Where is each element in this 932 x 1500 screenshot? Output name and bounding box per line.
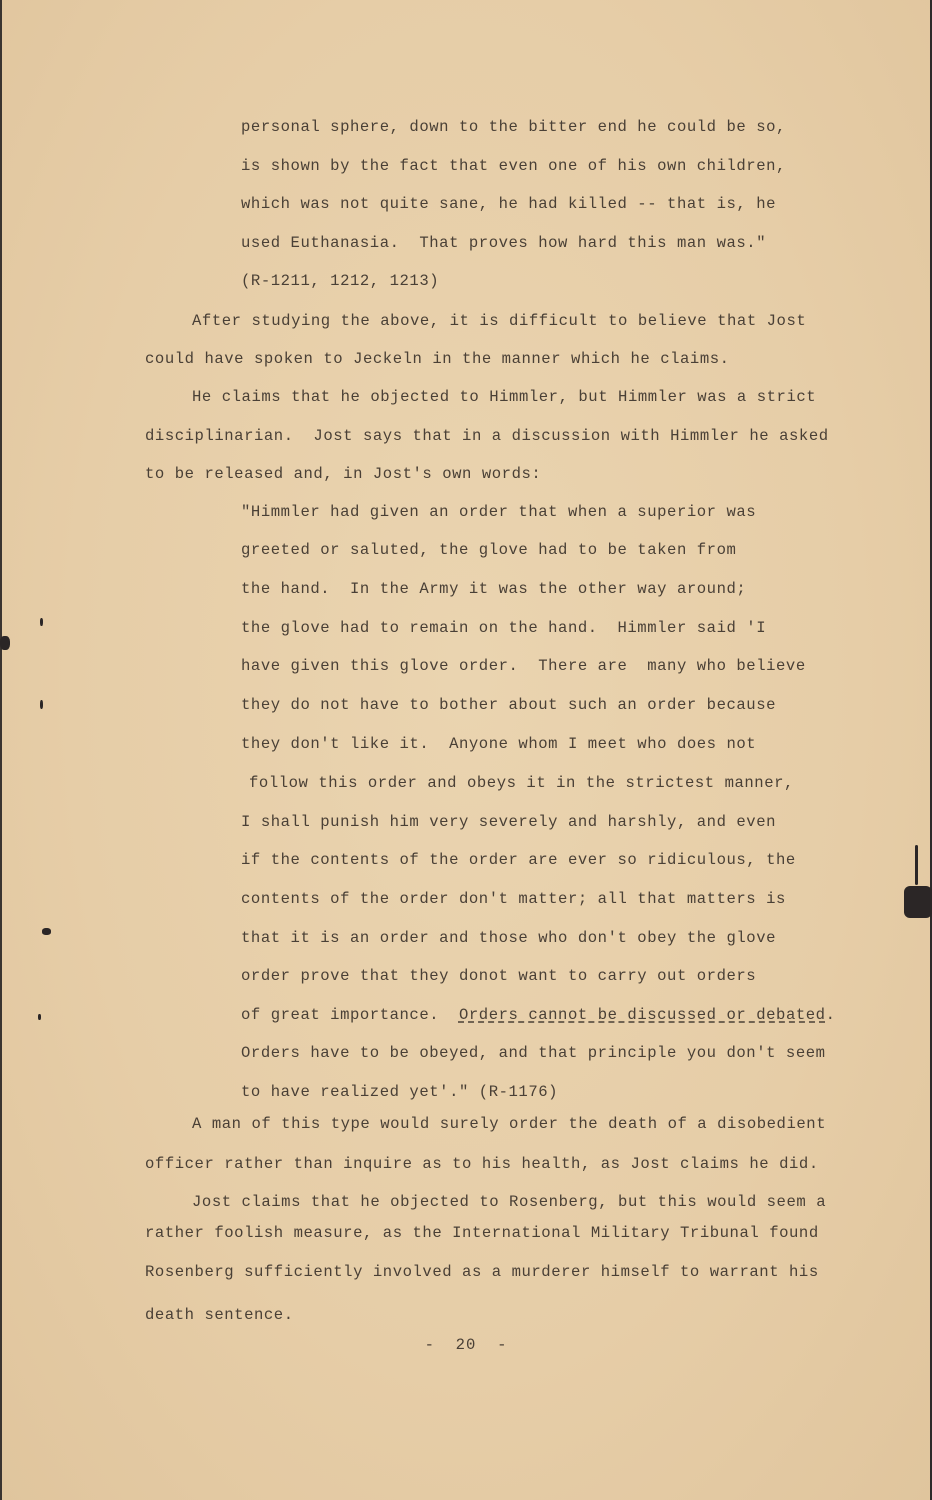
text-line-content: to be released and, in Jost's own words: <box>145 465 541 483</box>
text-line-content: the glove had to remain on the hand. Him… <box>241 619 766 637</box>
text-line: of great importance. Orders cannot be di… <box>241 1006 836 1024</box>
binding-clip-mark <box>904 886 932 918</box>
text-line: After studying the above, it is difficul… <box>192 312 806 330</box>
text-line-content: is shown by the fact that even one of hi… <box>241 157 786 175</box>
text-line-content: After studying the above, it is difficul… <box>192 312 806 330</box>
scan-edge-left <box>0 0 2 1500</box>
text-line: used Euthanasia. That proves how hard th… <box>241 234 766 252</box>
document-page: personal sphere, down to the bitter end … <box>0 0 932 1500</box>
text-line-content: follow this order and obeys it in the st… <box>249 774 794 792</box>
page-number: - 20 - <box>0 1336 932 1354</box>
text-line: they don't like it. Anyone whom I meet w… <box>241 735 756 753</box>
text-line-content: death sentence. <box>145 1306 294 1324</box>
text-line-content: to have realized yet'." (R-1176) <box>241 1083 558 1101</box>
speck-mark <box>42 928 51 935</box>
text-line-content: Orders have to be obeyed, and that princ… <box>241 1044 826 1062</box>
text-line: is shown by the fact that even one of hi… <box>241 157 786 175</box>
text-line-content: (R-1211, 1212, 1213) <box>241 272 439 290</box>
text-line-content: contents of the order don't matter; all … <box>241 890 786 908</box>
text-line-content: greeted or saluted, the glove had to be … <box>241 541 736 559</box>
punch-hole-mark <box>0 636 10 650</box>
text-line: He claims that he objected to Himmler, b… <box>192 388 816 406</box>
text-line: A man of this type would surely order th… <box>192 1115 826 1133</box>
text-line-suffix: . <box>826 1006 836 1024</box>
text-line: that it is an order and those who don't … <box>241 929 776 947</box>
text-line-content: they do not have to bother about such an… <box>241 696 776 714</box>
text-line: follow this order and obeys it in the st… <box>249 774 794 792</box>
text-line: Rosenberg sufficiently involved as a mur… <box>145 1263 819 1281</box>
text-line-content: they don't like it. Anyone whom I meet w… <box>241 735 756 753</box>
text-line-content: could have spoken to Jeckeln in the mann… <box>145 350 730 368</box>
text-line: officer rather than inquire as to his he… <box>145 1155 819 1173</box>
text-line-content: He claims that he objected to Himmler, b… <box>192 388 816 406</box>
text-line: order prove that they donot want to carr… <box>241 967 756 985</box>
text-line: to have realized yet'." (R-1176) <box>241 1083 558 1101</box>
speck-mark <box>40 700 43 709</box>
text-line-content: A man of this type would surely order th… <box>192 1115 826 1133</box>
text-line: the hand. In the Army it was the other w… <box>241 580 746 598</box>
text-line: they do not have to bother about such an… <box>241 696 776 714</box>
underlined-emphasis: Orders cannot be discussed or debated <box>459 1006 826 1024</box>
text-line: which was not quite sane, he had killed … <box>241 195 776 213</box>
text-line-content: of great importance. <box>241 1006 459 1024</box>
text-line-content: which was not quite sane, he had killed … <box>241 195 776 213</box>
text-line: Jost claims that he objected to Rosenber… <box>192 1193 826 1211</box>
text-line: Orders have to be obeyed, and that princ… <box>241 1044 826 1062</box>
text-line-content: I shall punish him very severely and har… <box>241 813 776 831</box>
text-line: (R-1211, 1212, 1213) <box>241 272 439 290</box>
text-line-content: rather foolish measure, as the Internati… <box>145 1224 819 1242</box>
text-line-content: officer rather than inquire as to his he… <box>145 1155 819 1173</box>
text-line-content: have given this glove order. There are m… <box>241 657 806 675</box>
text-line: rather foolish measure, as the Internati… <box>145 1224 819 1242</box>
text-line: "Himmler had given an order that when a … <box>241 503 756 521</box>
speck-mark <box>38 1014 41 1020</box>
text-line: contents of the order don't matter; all … <box>241 890 786 908</box>
text-line-content: "Himmler had given an order that when a … <box>241 503 756 521</box>
text-line-content: used Euthanasia. That proves how hard th… <box>241 234 766 252</box>
text-line: the glove had to remain on the hand. Him… <box>241 619 766 637</box>
text-line: disciplinarian. Jost says that in a disc… <box>145 427 829 445</box>
speck-mark <box>915 845 918 885</box>
text-line-content: Rosenberg sufficiently involved as a mur… <box>145 1263 819 1281</box>
text-line-content: if the contents of the order are ever so… <box>241 851 796 869</box>
text-line: greeted or saluted, the glove had to be … <box>241 541 736 559</box>
text-line: have given this glove order. There are m… <box>241 657 806 675</box>
text-line: I shall punish him very severely and har… <box>241 813 776 831</box>
text-line: personal sphere, down to the bitter end … <box>241 118 786 136</box>
speck-mark <box>40 618 43 626</box>
text-line: if the contents of the order are ever so… <box>241 851 796 869</box>
text-line: death sentence. <box>145 1306 294 1324</box>
text-line: to be released and, in Jost's own words: <box>145 465 541 483</box>
text-line-content: the hand. In the Army it was the other w… <box>241 580 746 598</box>
text-line-content: that it is an order and those who don't … <box>241 929 776 947</box>
text-line: could have spoken to Jeckeln in the mann… <box>145 350 730 368</box>
text-line-content: order prove that they donot want to carr… <box>241 967 756 985</box>
text-line-content: disciplinarian. Jost says that in a disc… <box>145 427 829 445</box>
text-line-content: personal sphere, down to the bitter end … <box>241 118 786 136</box>
text-line-content: Jost claims that he objected to Rosenber… <box>192 1193 826 1211</box>
